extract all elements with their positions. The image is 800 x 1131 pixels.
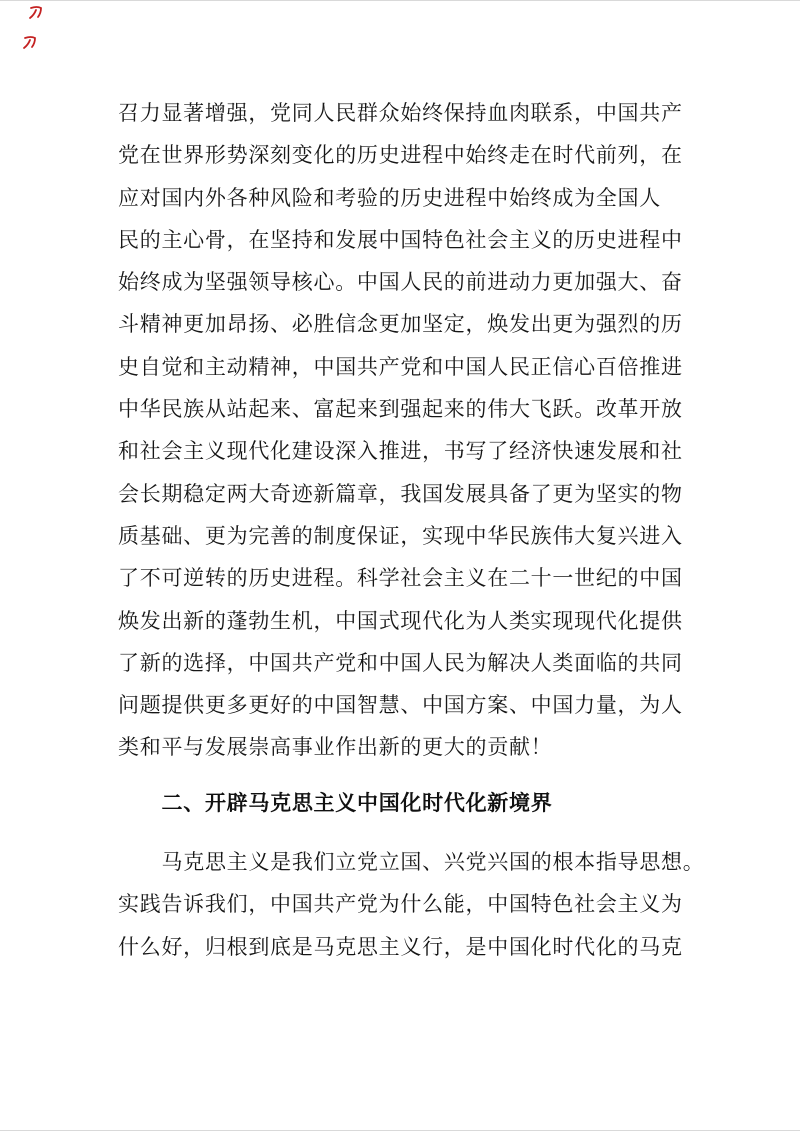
section-heading-text: 二、开辟马克思主义中国化时代化新境界	[118, 782, 690, 824]
text-line: 什么好，归根到底是马克思主义行，是中国化时代化的马克	[118, 926, 690, 968]
section-heading: 二、开辟马克思主义中国化时代化新境界	[118, 782, 690, 824]
text-line: 中华民族从站起来、富起来到强起来的伟大飞跃。改革开放	[118, 388, 690, 430]
paragraph-2: 马克思主义是我们立党立国、兴党兴国的根本指导思想。 实践告诉我们，中国共产党为什…	[118, 841, 690, 968]
text-line: 召力显著增强，党同人民群众始终保持血肉联系，中国共产	[118, 92, 690, 134]
text-line: 质基础、更为完善的制度保证，实现中华民族伟大复兴进入	[118, 515, 690, 557]
text-line: 了不可逆转的历史进程。科学社会主义在二十一世纪的中国	[118, 557, 690, 599]
text-line: 斗精神更加昂扬、必胜信念更加坚定，焕发出更为强烈的历	[118, 303, 690, 345]
text-line: 民的主心骨，在坚持和发展中国特色社会主义的历史进程中	[118, 219, 690, 261]
document-page: 召力显著增强，党同人民群众始终保持血肉联系，中国共产 党在世界形势深刻变化的历史…	[0, 0, 800, 1131]
text-line: 史自觉和主动精神，中国共产党和中国人民正信心百倍推进	[118, 346, 690, 388]
text-line: 和社会主义现代化建设深入推进，书写了经济快速发展和社	[118, 430, 690, 472]
text-line: 焕发出新的蓬勃生机，中国式现代化为人类实现现代化提供	[118, 600, 690, 642]
text-line: 类和平与发展崇高事业作出新的更大的贡献！	[118, 726, 690, 768]
text-line: 实践告诉我们，中国共产党为什么能，中国特色社会主义为	[118, 883, 690, 925]
text-line: 问题提供更多更好的中国智慧、中国方案、中国力量，为人	[118, 684, 690, 726]
text-line: 会长期稳定两大奇迹新篇章，我国发展具备了更为坚实的物	[118, 473, 690, 515]
text-line: 了新的选择，中国共产党和中国人民为解决人类面临的共同	[118, 642, 690, 684]
text-line: 应对国内外各种风险和考验的历史进程中始终成为全国人	[118, 177, 690, 219]
red-mark-icon	[22, 35, 38, 55]
red-mark-icon	[28, 5, 44, 25]
page-top-edge	[0, 0, 800, 1]
text-line: 马克思主义是我们立党立国、兴党兴国的根本指导思想。	[118, 841, 690, 883]
text-line: 党在世界形势深刻变化的历史进程中始终走在时代前列，在	[118, 134, 690, 176]
paragraph-1: 召力显著增强，党同人民群众始终保持血肉联系，中国共产 党在世界形势深刻变化的历史…	[118, 92, 690, 769]
text-line: 始终成为坚强领导核心。中国人民的前进动力更加强大、奋	[118, 261, 690, 303]
